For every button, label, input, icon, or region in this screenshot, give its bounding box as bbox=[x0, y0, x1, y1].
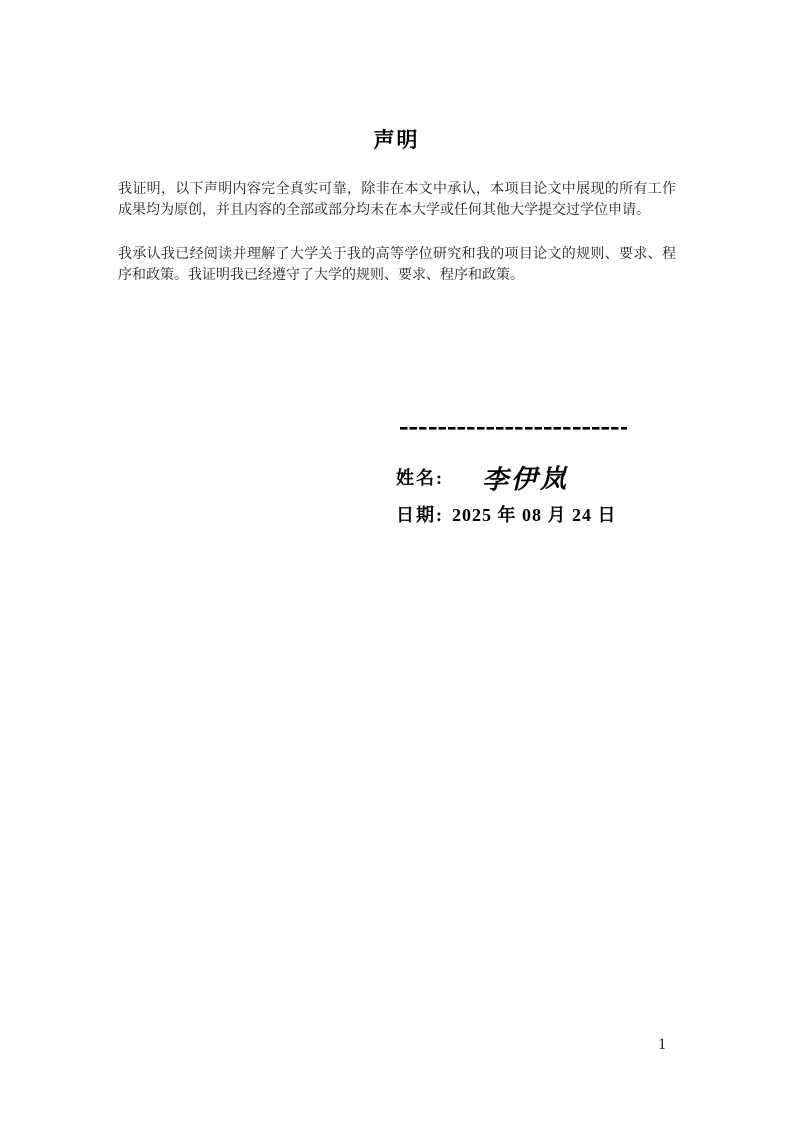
page-number: 1 bbox=[658, 1036, 666, 1054]
declaration-title: 声明 bbox=[0, 124, 793, 154]
declaration-paragraph-1: 我证明，以下声明内容完全真实可靠，除非在本文中承认，本项目论文中展现的所有工作成… bbox=[118, 180, 676, 221]
signature-line: ------------------------ bbox=[400, 424, 627, 432]
name-row: 姓名:李伊岚 bbox=[396, 459, 569, 496]
date-row: 日期:2025 年 08 月 24 日 bbox=[396, 501, 617, 527]
declaration-paragraph-2: 我承认我已经阅读并理解了大学关于我的高等学位研究和我的项目论文的规则、要求、程序… bbox=[118, 245, 676, 286]
document-page: 声明 我证明，以下声明内容完全真实可靠，除非在本文中承认，本项目论文中展现的所有… bbox=[0, 0, 793, 1122]
name-label: 姓名: bbox=[396, 468, 444, 488]
date-label: 日期: bbox=[396, 505, 444, 525]
signature-name: 李伊岚 bbox=[482, 458, 570, 497]
date-value: 2025 年 08 月 24 日 bbox=[452, 505, 617, 525]
